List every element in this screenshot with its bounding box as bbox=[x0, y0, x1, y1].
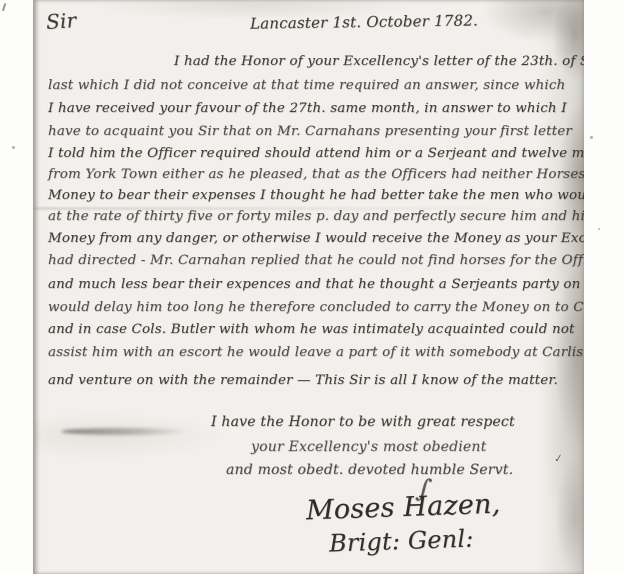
body-line: last which I did not conceive at that ti… bbox=[48, 78, 565, 93]
letter-page: Sir Lancaster 1st. October 1782. I had t… bbox=[33, 0, 584, 574]
body-line: would delay him too long he therefore co… bbox=[48, 300, 584, 315]
body-line: have to acquaint you Sir that on Mr. Car… bbox=[48, 124, 572, 139]
closing-line: your Excellency's most obedient bbox=[251, 439, 486, 455]
margin-speck bbox=[598, 228, 600, 230]
scan-background: { "document": { "salutation": "Sir", "da… bbox=[0, 0, 623, 574]
ink-smudge bbox=[61, 428, 189, 435]
body-line: and venture on with the remainder — This… bbox=[48, 373, 558, 388]
dateline: Lancaster 1st. October 1782. bbox=[250, 11, 478, 32]
body-line: Money to bear their expenses I thought h… bbox=[48, 188, 584, 203]
body-line: and in case Cols. Butler with whom he wa… bbox=[48, 322, 575, 337]
body-line: Money from any danger, or otherwise I wo… bbox=[48, 231, 584, 246]
closing-line: I have the Honor to be with great respec… bbox=[211, 414, 515, 430]
margin-speck bbox=[590, 136, 593, 139]
stray-pen-mark: ✓ bbox=[553, 451, 564, 465]
margin-speck bbox=[12, 146, 15, 149]
body-line: I had the Honor of your Excellency's let… bbox=[174, 54, 584, 69]
body-line: assist him with an escort he would leave… bbox=[48, 345, 584, 360]
body-line: I have received your favour of the 27th.… bbox=[48, 101, 567, 116]
signature-name: Moses Hazen, bbox=[306, 489, 501, 527]
scanner-corner-mark bbox=[2, 3, 12, 13]
salutation: Sir bbox=[45, 8, 77, 34]
closing-line: and most obedt. devoted humble Servt. bbox=[226, 462, 513, 478]
body-line: had directed - Mr. Carnahan replied that… bbox=[48, 253, 584, 268]
body-line: from York Town either as he pleased, tha… bbox=[48, 167, 584, 182]
body-line: and much less bear their expences and th… bbox=[48, 277, 584, 292]
body-line: at the rate of thirty five or forty mile… bbox=[48, 209, 584, 224]
body-line: I told him the Officer required should a… bbox=[48, 146, 584, 161]
signature-title: Brigt: Genl: bbox=[329, 524, 474, 557]
